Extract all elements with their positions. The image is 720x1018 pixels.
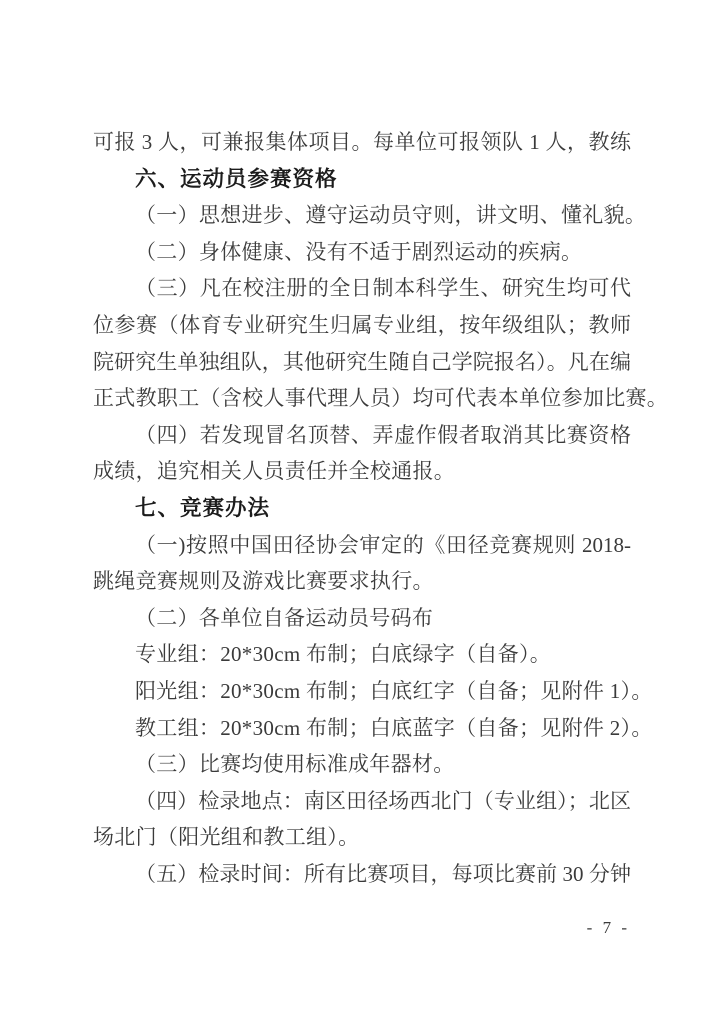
document-page: 可报 3 人，可兼报集体项目。每单位可报领队 1 人，教练 2 人。六、运动员参… [0, 0, 720, 1018]
text-line: （一）思想进步、遵守运动员守则，讲文明、懂礼貌。 [93, 197, 631, 234]
section-heading: 六、运动员参赛资格 [93, 161, 631, 198]
text-line: （二）各单位自备运动员号码布 [93, 600, 631, 637]
page-number: - 7 - [587, 917, 630, 939]
text-line: 场北门（阳光组和教工组）。 [93, 819, 631, 856]
section-heading: 七、竞赛办法 [93, 490, 631, 527]
text-line: 成绩，追究相关人员责任并全校通报。 [93, 453, 631, 490]
text-line: 院研究生单独组队，其他研究生随自己学院报名）。凡在编在职 [93, 344, 631, 381]
text-line: 位参赛（体育专业研究生归属专业组，按年级组队；教师教育学 [93, 307, 631, 344]
text-line: （四）检录地点：南区田径场西北门（专业组）；北区田径 [93, 783, 631, 820]
text-line: （二）身体健康、没有不适于剧烈运动的疾病。 [93, 234, 631, 271]
text-line: （三）凡在校注册的全日制本科学生、研究生均可代表本单 [93, 270, 631, 307]
text-line: 专业组：20*30cm 布制；白底绿字（自备）。 [93, 636, 631, 673]
text-line: （三）比赛均使用标准成年器材。 [93, 746, 631, 783]
text-line: （四）若发现冒名顶替、弄虚作假者取消其比赛资格及全队 [93, 417, 631, 454]
text-line: 阳光组：20*30cm 布制；白底红字（自备；见附件 1）。 [93, 673, 631, 710]
text-line: （一)按照中国田径协会审定的《田径竞赛规则 2018-2019》、 [93, 527, 631, 564]
text-line: 可报 3 人，可兼报集体项目。每单位可报领队 1 人，教练 2 人。 [93, 124, 631, 161]
text-line: 正式教职工（含校人事代理人员）均可代表本单位参加比赛。 [93, 380, 631, 417]
text-line: （五）检录时间：所有比赛项目，每项比赛前 30 分钟第 1 [93, 856, 631, 893]
text-line: 教工组：20*30cm 布制；白底蓝字（自备；见附件 2）。 [93, 710, 631, 747]
text-line: 跳绳竞赛规则及游戏比赛要求执行。 [93, 563, 631, 600]
document-body: 可报 3 人，可兼报集体项目。每单位可报领队 1 人，教练 2 人。六、运动员参… [93, 124, 631, 892]
